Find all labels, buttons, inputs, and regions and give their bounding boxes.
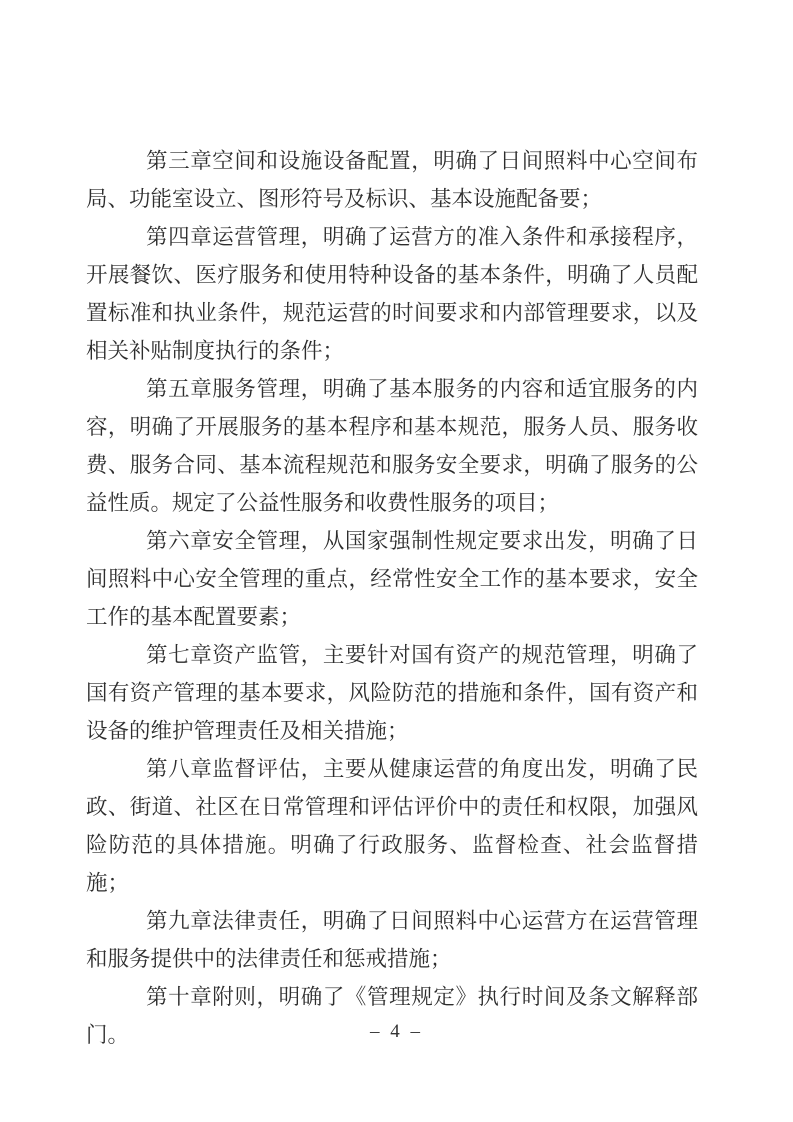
paragraph-chapter-8: 第八章监督评估，主要从健康运营的角度出发，明确了民政、街道、社区在日常管理和评估… — [86, 750, 698, 902]
paragraph-chapter-9: 第九章法律责任，明确了日间照料中心运营方在运营管理和服务提供中的法律责任和惩戒措… — [86, 902, 698, 978]
page-number: – 4 – — [0, 1021, 793, 1043]
document-body: 第三章空间和设施设备配置，明确了日间照料中心空间布局、功能室设立、图形符号及标识… — [86, 142, 698, 1054]
paragraph-chapter-5: 第五章服务管理，明确了基本服务的内容和适宜服务的内容，明确了开展服务的基本程序和… — [86, 370, 698, 522]
paragraph-chapter-6: 第六章安全管理，从国家强制性规定要求出发，明确了日间照料中心安全管理的重点，经常… — [86, 522, 698, 636]
paragraph-chapter-7: 第七章资产监管，主要针对国有资产的规范管理，明确了国有资产管理的基本要求，风险防… — [86, 636, 698, 750]
paragraph-chapter-3: 第三章空间和设施设备配置，明确了日间照料中心空间布局、功能室设立、图形符号及标识… — [86, 142, 698, 218]
paragraph-chapter-4: 第四章运营管理，明确了运营方的准入条件和承接程序，开展餐饮、医疗服务和使用特种设… — [86, 218, 698, 370]
document-page: 第三章空间和设施设备配置，明确了日间照料中心空间布局、功能室设立、图形符号及标识… — [0, 0, 793, 1122]
